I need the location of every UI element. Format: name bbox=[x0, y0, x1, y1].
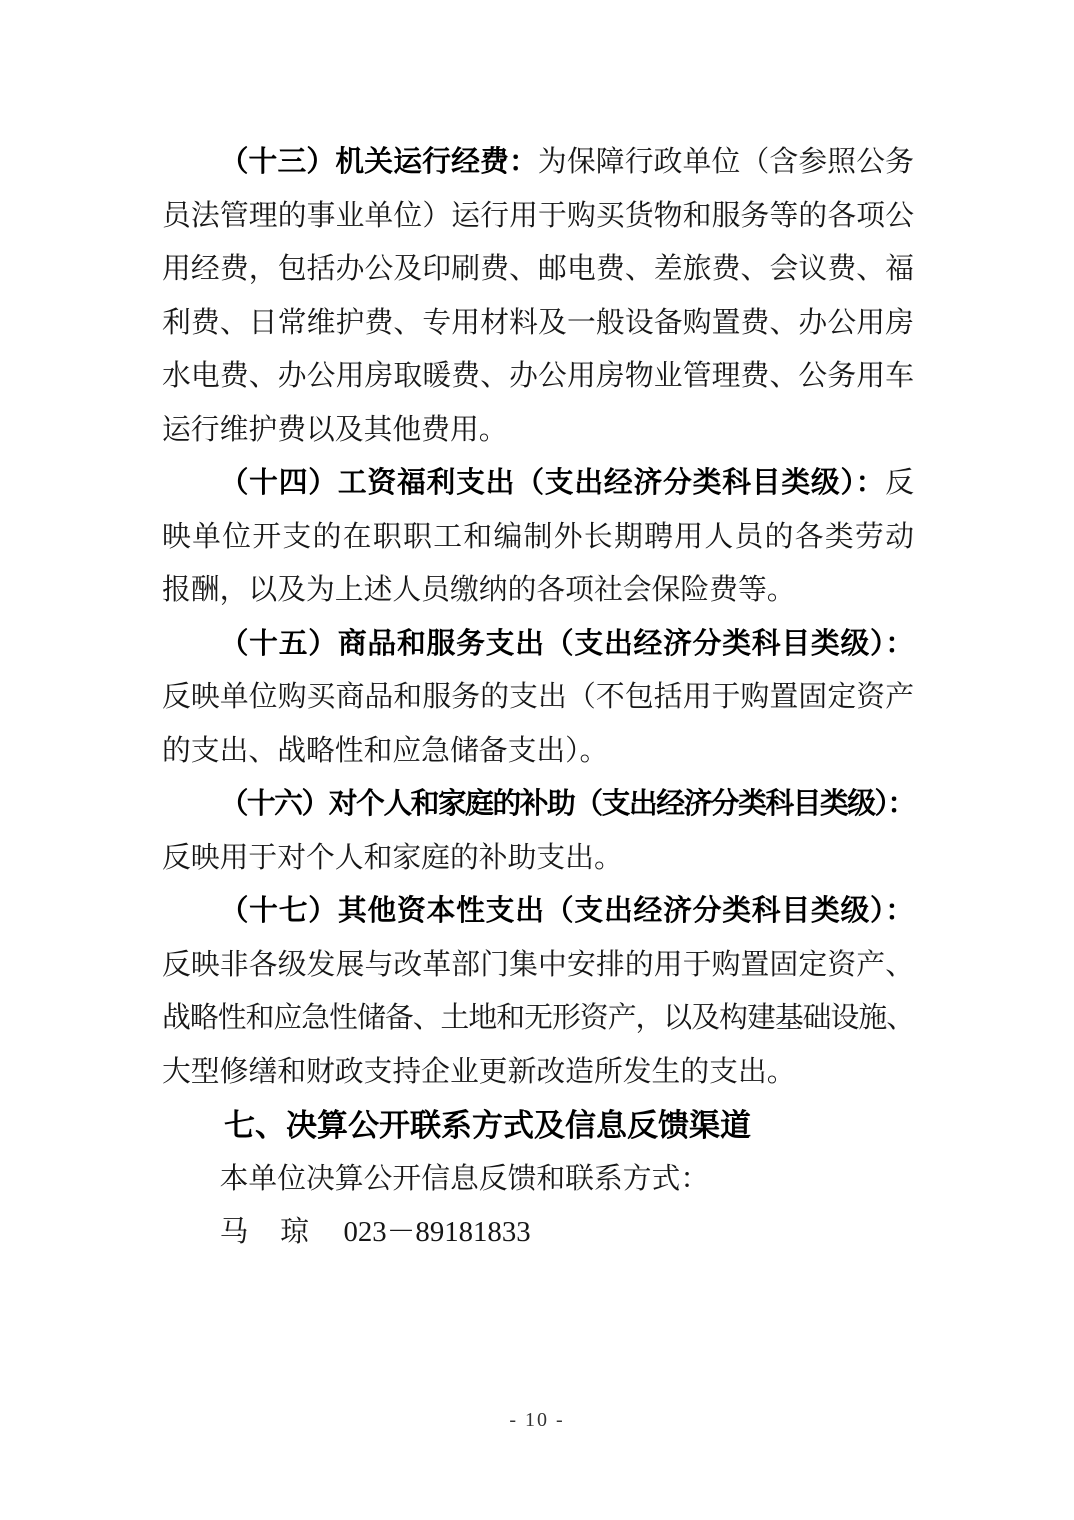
para-13-line-5: 水电费、办公用房取暖费、办公用房物业管理费、公务用车 bbox=[162, 350, 914, 404]
para-17-line-4: 大型修缮和财政支持企业更新改造所发生的支出。 bbox=[162, 1046, 914, 1100]
text-run: 映单位开支的在职职工和编制外长期聘用人员的各类劳动 bbox=[162, 521, 914, 553]
text-run: 反映非各级发展与改革部门集中安排的用于购置固定资产、 bbox=[162, 949, 914, 981]
bold-text-run: （十四）工资福利支出（支出经济分类科目类级）： bbox=[220, 467, 886, 499]
text-run: 用经费，包括办公及印刷费、邮电费、差旅费、会议费、福 bbox=[162, 253, 914, 285]
para-13-line-1: （十三）机关运行经费：为保障行政单位（含参照公务 bbox=[162, 136, 914, 190]
section-7-heading: 七、决算公开联系方式及信息反馈渠道 bbox=[162, 1099, 914, 1153]
para-15-line-3: 的支出、战略性和应急储备支出）。 bbox=[162, 725, 914, 779]
document-body: （十三）机关运行经费：为保障行政单位（含参照公务员法管理的事业单位）运行用于购买… bbox=[162, 136, 914, 1260]
para-17-line-1: （十七）其他资本性支出（支出经济分类科目类级）： bbox=[162, 885, 914, 939]
para-17-line-3: 战略性和应急性储备、土地和无形资产，以及构建基础设施、 bbox=[162, 992, 914, 1046]
para-13-line-6: 运行维护费以及其他费用。 bbox=[162, 404, 914, 458]
bold-text-run: 七、决算公开联系方式及信息反馈渠道 bbox=[224, 1108, 751, 1143]
para-14-line-2: 映单位开支的在职职工和编制外长期聘用人员的各类劳动 bbox=[162, 511, 914, 565]
text-run: 战略性和应急性储备、土地和无形资产，以及构建基础设施、 bbox=[162, 1002, 914, 1034]
para-14-line-1: （十四）工资福利支出（支出经济分类科目类级）：反 bbox=[162, 457, 914, 511]
bold-text-run: （十七）其他资本性支出（支出经济分类科目类级）： bbox=[220, 895, 914, 927]
text-run: 023－89181833 bbox=[343, 1216, 530, 1248]
para-15-line-2: 反映单位购买商品和服务的支出（不包括用于购置固定资产 bbox=[162, 671, 914, 725]
text-run: 为保障行政单位（含参照公务 bbox=[538, 146, 914, 178]
text-run: 反映用于对个人和家庭的补助支出。 bbox=[162, 842, 623, 874]
bold-text-run: （十五）商品和服务支出（支出经济分类科目类级）： bbox=[220, 628, 914, 660]
para-16-line-1: （十六）对个人和家庭的补助（支出经济分类科目类级）： bbox=[162, 778, 914, 832]
para-13-line-3: 用经费，包括办公及印刷费、邮电费、差旅费、会议费、福 bbox=[162, 243, 914, 297]
text-run: 报酬，以及为上述人员缴纳的各项社会保险费等。 bbox=[162, 574, 796, 606]
contact-intro-line: 本单位决算公开信息反馈和联系方式： bbox=[162, 1153, 914, 1207]
para-15-line-1: （十五）商品和服务支出（支出经济分类科目类级）： bbox=[162, 618, 914, 672]
text-run: 马 bbox=[220, 1216, 249, 1248]
text-run: 的支出、战略性和应急储备支出）。 bbox=[162, 735, 608, 767]
text-run: 本单位决算公开信息反馈和联系方式： bbox=[220, 1163, 710, 1195]
text-run: 员法管理的事业单位）运行用于购买货物和服务等的各项公 bbox=[162, 200, 914, 232]
para-14-line-3: 报酬，以及为上述人员缴纳的各项社会保险费等。 bbox=[162, 564, 914, 618]
para-13-line-2: 员法管理的事业单位）运行用于购买货物和服务等的各项公 bbox=[162, 190, 914, 244]
contact-info-line: 马琼023－89181833 bbox=[162, 1206, 914, 1260]
text-run: 反映单位购买商品和服务的支出（不包括用于购置固定资产 bbox=[162, 681, 914, 713]
para-17-line-2: 反映非各级发展与改革部门集中安排的用于购置固定资产、 bbox=[162, 939, 914, 993]
text-run: 反 bbox=[885, 467, 914, 499]
para-16-line-2: 反映用于对个人和家庭的补助支出。 bbox=[162, 832, 914, 886]
text-run: 运行维护费以及其他费用。 bbox=[162, 414, 508, 446]
text-run: 琼 bbox=[280, 1216, 309, 1248]
page-footer: - 10 - bbox=[0, 1406, 1074, 1434]
text-run: 大型修缮和财政支持企业更新改造所发生的支出。 bbox=[162, 1056, 796, 1088]
bold-text-run: （十六）对个人和家庭的补助（支出经济分类科目类级）： bbox=[220, 788, 914, 820]
text-run: 利费、日常维护费、专用材料及一般设备购置费、办公用房 bbox=[162, 307, 914, 339]
para-13-line-4: 利费、日常维护费、专用材料及一般设备购置费、办公用房 bbox=[162, 297, 914, 351]
text-run: 水电费、办公用房取暖费、办公用房物业管理费、公务用车 bbox=[162, 360, 914, 392]
bold-text-run: （十三）机关运行经费： bbox=[220, 146, 538, 178]
page-number: - 10 - bbox=[509, 1409, 564, 1431]
document-page: （十三）机关运行经费：为保障行政单位（含参照公务员法管理的事业单位）运行用于购买… bbox=[0, 0, 1074, 1520]
